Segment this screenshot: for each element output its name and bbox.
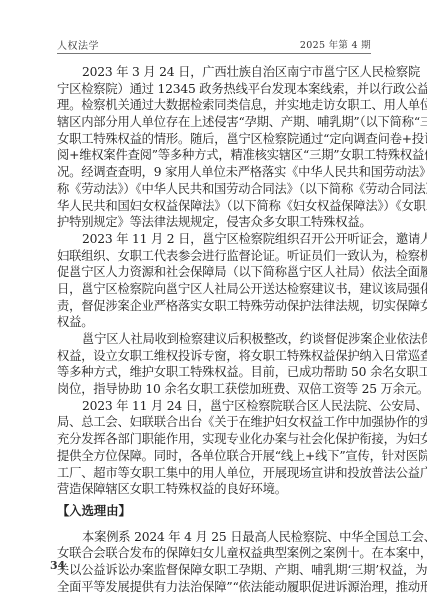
text-line: 护特别规定》等法律法规规定，侵害众多女职工特殊权益。 xyxy=(57,214,371,231)
text-line: 权益，设立女职工维权投诉专窗，将女职工特殊权益保护纳入日常巡查检查范围 xyxy=(57,348,371,365)
text-line: 2023 年 11 月 2 日，邕宁区检察院组织召开公开听证会，邀请人民监督员、 xyxy=(57,231,371,248)
paragraph-3: 邕宁区人社局收到检察建议后积极整改，约谈督促涉案企业依法保障女职工 权益，设立女… xyxy=(57,331,371,398)
text-line: 等多种方式，维护女职工特殊权益。目前，已成功帮助 50 余名女职工重返工作 xyxy=(57,364,371,381)
text-line: 工厂、超市等女职工集中的用人单位，开展现场宣讲和投放普法公益广告，切实 xyxy=(57,465,371,482)
text-line: 妇联组织、女职工代表参会进行监督论证。听证员们一致认为，检察机关应当督 xyxy=(57,248,371,265)
text-line: 况。经调查查明，9 家用人单位未严格落实《中华人民共和国劳动法》（以下简 xyxy=(57,164,371,181)
paragraph-1: 2023 年 3 月 24 日，广西壮族自治区南宁市邕宁区人民检察院（以下简称邕… xyxy=(57,64,371,231)
text-line: 关以公益诉讼办案监督保障女职工孕期、产期、哺乳期‘三期’权益，为女职工 xyxy=(57,562,371,579)
text-line: 全面平等发展提供有力法治保障”“依法能动履职促进诉源治理，推动形成检察 xyxy=(57,579,371,596)
text-line: 促邕宁区人力资源和社会保障局（以下简称邕宁区人社局）依法全面履职。同 xyxy=(57,264,371,281)
text-line: 辖区内部分用人单位存在上述侵害“孕期、产期、哺乳期”（以下简称“三期”） xyxy=(57,114,371,131)
text-line: 阅+维权案件查阅”等多种方式，精准核实辖区“三期”女职工特殊权益保障情 xyxy=(57,147,371,164)
text-line: 2023 年 11 月 24 日，邕宁区检察院联合区人民法院、公安局、司法局、人… xyxy=(57,398,371,415)
page-number: 34 xyxy=(50,559,65,572)
text-line: 称《劳动法》）《中华人民共和国劳动合同法》（以下简称《劳动合同法》）《中 xyxy=(57,181,371,198)
text-line: 日，邕宁区检察院向邕宁区人社局公开送达检察建议书，建议该局强化监管职 xyxy=(57,281,371,298)
text-line: 权益。 xyxy=(57,314,371,331)
paragraph-selection-reason: 本案例系 2024 年 4 月 25 日最高人民检察院、中华全国总工会、中华全国… xyxy=(57,529,371,596)
text-line: 充分发挥各部门职能作用，实现专业化办案与社会化保护衔接，为妇女合法权益 xyxy=(57,431,371,448)
journal-title: 人权法学 xyxy=(57,37,99,52)
text-line: 岗位，指导协助 10 余名女职工获偿加班费、双倍工资等 25 万余元。 xyxy=(57,381,371,398)
section-heading: 【入选理由】 xyxy=(57,503,371,520)
text-line: 女联合会联合发布的保障妇女儿童权益典型案例之案例十。在本案中，“检察机 xyxy=(57,545,371,562)
text-line: 责，督促涉案企业严格落实女职工特殊劳动保护法律法规，切实保障女职工特殊 xyxy=(57,298,371,315)
article-body: 2023 年 3 月 24 日，广西壮族自治区南宁市邕宁区人民检察院（以下简称邕… xyxy=(57,64,371,595)
text-line: 提供全方位保障。同时，各单位联合开展“线上+线下”宣传，针对医院、纺织 xyxy=(57,448,371,465)
header-rule xyxy=(57,53,371,54)
text-line: 宁区检察院）通过 12345 政务热线平台发现本案线索，并以行政公益诉讼立案办 xyxy=(57,81,371,98)
paragraph-2: 2023 年 11 月 2 日，邕宁区检察院组织召开公开听证会，邀请人民监督员、… xyxy=(57,231,371,331)
text-line: 营造保障辖区女职工特殊权益的良好环境。 xyxy=(57,481,371,498)
text-line: 邕宁区人社局收到检察建议后积极整改，约谈督促涉案企业依法保障女职工 xyxy=(57,331,371,348)
text-line: 2023 年 3 月 24 日，广西壮族自治区南宁市邕宁区人民检察院（以下简称邕 xyxy=(57,64,371,81)
paragraph-4: 2023 年 11 月 24 日，邕宁区检察院联合区人民法院、公安局、司法局、人… xyxy=(57,398,371,498)
running-header: 人权法学 2025 年第 4 期 xyxy=(57,37,371,51)
text-line: 女职工特殊权益的情形。随后，邕宁区检察院通过“定向调查问卷+投诉工单查 xyxy=(57,131,371,148)
text-line: 华人民共和国妇女权益保障法》（以下简称《妇女权益保障法》）《女职工劳动保 xyxy=(57,198,371,215)
text-line: 理。检察机关通过大数据检索同类信息，并实地走访女职工、用人单位后发现， xyxy=(57,97,371,114)
text-line: 本案例系 2024 年 4 月 25 日最高人民检察院、中华全国总工会、中华全国… xyxy=(57,529,371,546)
text-line: 局、总工会、妇联联合出台《关于在维护妇女权益工作中加强协作的实施意见》， xyxy=(57,414,371,431)
issue-label: 2025 年第 4 期 xyxy=(300,37,371,51)
